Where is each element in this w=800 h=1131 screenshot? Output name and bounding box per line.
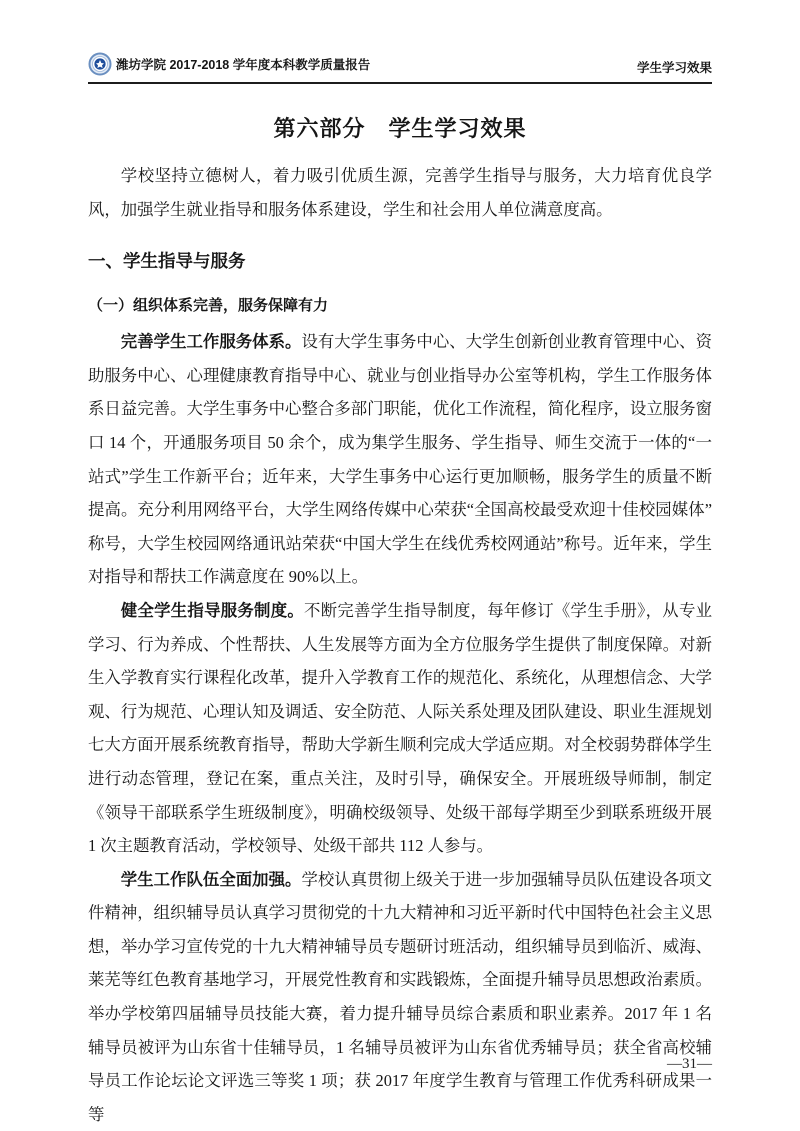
header-section-label: 学生学习效果 <box>637 58 712 76</box>
intro-paragraph: 学校坚持立德树人，着力吸引优质生源，完善学生指导与服务，大力培育优良学风，加强学… <box>88 159 712 226</box>
paragraph-lead: 健全学生指导服务制度。 <box>121 601 304 620</box>
paragraph-body: 不断完善学生指导制度，每年修订《学生手册》，从专业学习、行为养成、个性帮扶、人生… <box>88 601 712 855</box>
paragraph-body: 学校认真贯彻上级关于进一步加强辅导员队伍建设各项文件精神，组织辅导员认真学习贯彻… <box>88 870 712 1124</box>
header-left: 潍坊学院 2017-2018 学年度本科教学质量报告 <box>88 52 370 76</box>
document-page: 潍坊学院 2017-2018 学年度本科教学质量报告 学生学习效果 第六部分 学… <box>0 0 800 1131</box>
page-header: 潍坊学院 2017-2018 学年度本科教学质量报告 学生学习效果 <box>88 52 712 82</box>
paragraph-guidance-rules: 健全学生指导服务制度。不断完善学生指导制度，每年修订《学生手册》，从专业学习、行… <box>88 594 712 863</box>
document-title: 第六部分 学生学习效果 <box>88 112 712 143</box>
header-divider <box>88 82 712 84</box>
university-logo-icon <box>88 52 112 76</box>
paragraph-body: 设有大学生事务中心、大学生创新创业教育管理中心、资助服务中心、心理健康教育指导中… <box>88 332 712 586</box>
page-footer: —31— <box>667 1056 712 1073</box>
section-subheading: （一）组织体系完善，服务保障有力 <box>88 294 712 315</box>
header-report-title: 潍坊学院 2017-2018 学年度本科教学质量报告 <box>116 55 370 73</box>
paragraph-lead: 完善学生工作服务体系。 <box>121 332 302 351</box>
paragraph-lead: 学生工作队伍全面加强。 <box>121 870 302 889</box>
paragraph-service-system: 完善学生工作服务体系。设有大学生事务中心、大学生创新创业教育管理中心、资助服务中… <box>88 325 712 594</box>
page-number: —31— <box>667 1056 712 1072</box>
paragraph-staff-team: 学生工作队伍全面加强。学校认真贯彻上级关于进一步加强辅导员队伍建设各项文件精神，… <box>88 863 712 1131</box>
section-heading: 一、学生指导与服务 <box>88 248 712 273</box>
